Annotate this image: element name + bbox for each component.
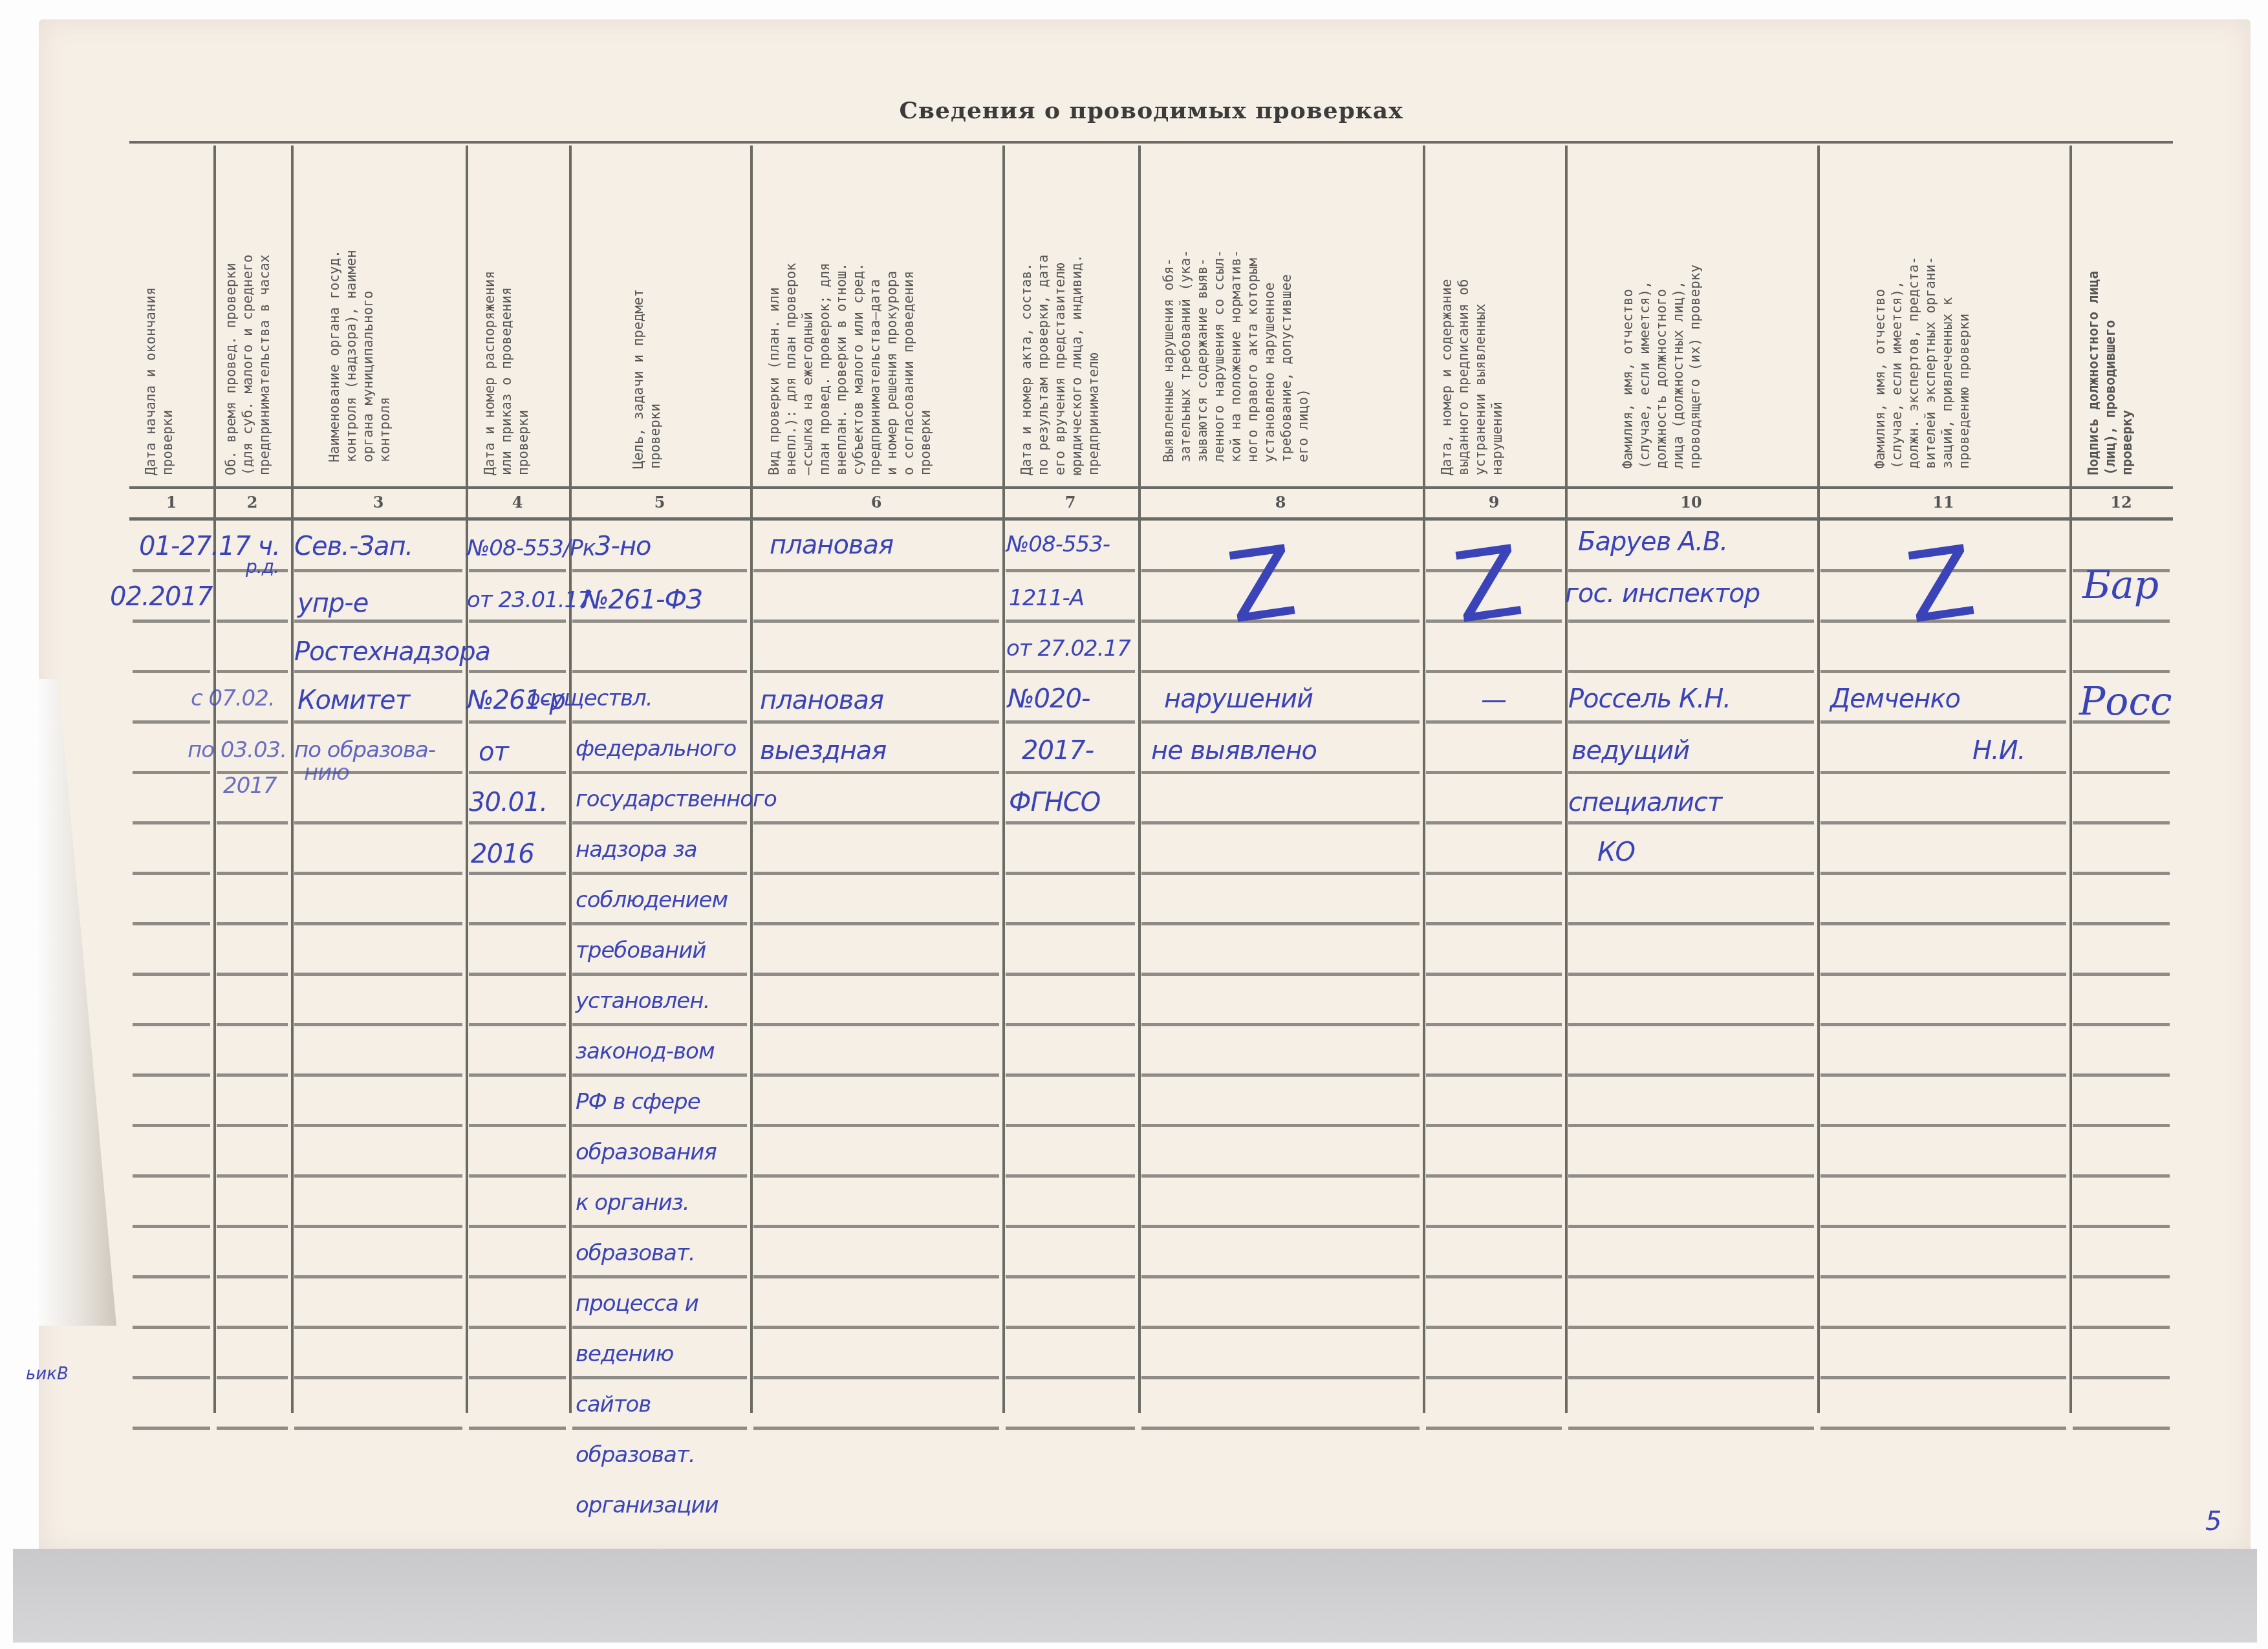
entry2-purpose-line: требований xyxy=(576,938,706,964)
writing-rule xyxy=(1006,1427,1135,1430)
entry2-purpose-line: образоват. xyxy=(576,1442,695,1468)
header-bottom-rule xyxy=(129,486,2173,489)
writing-rule xyxy=(469,973,566,976)
writing-rule xyxy=(1006,771,1135,774)
column-header-7: Дата и номер акта, состав. по результам … xyxy=(1005,145,1138,482)
writing-rule xyxy=(1568,1023,1814,1026)
writing-rule xyxy=(1426,1023,1562,1026)
writing-rule xyxy=(2073,872,2170,875)
writing-rule xyxy=(572,620,747,623)
writing-rule xyxy=(217,1427,288,1430)
writing-rule xyxy=(753,720,999,724)
entry1-violations-dash-mark: Z xyxy=(1222,533,1302,638)
writing-rule xyxy=(217,1376,288,1379)
entry2-inspection-type-line1: плановая xyxy=(760,685,883,715)
writing-rule xyxy=(753,1225,999,1228)
writing-rule xyxy=(217,670,288,673)
entry2-dates-line1: с 07.02. xyxy=(191,685,275,711)
writing-rule xyxy=(217,1023,288,1026)
writing-rule xyxy=(2073,1275,2170,1278)
writing-rule xyxy=(572,720,747,724)
writing-rule xyxy=(1568,670,1814,673)
writing-rule xyxy=(294,1023,462,1026)
entry2-dates-line2: по 03.03. xyxy=(188,737,286,763)
column-number: 1 xyxy=(129,493,213,516)
column-header-9: Дата, номер и содержание выданного предп… xyxy=(1425,145,1565,482)
writing-rule xyxy=(572,1124,747,1127)
writing-rule xyxy=(1820,1023,2066,1026)
entry2-signature: Росс xyxy=(2079,679,2172,724)
writing-rule xyxy=(1426,1124,1562,1127)
writing-rule xyxy=(572,821,747,824)
writing-rule xyxy=(1006,1023,1135,1026)
writing-rule xyxy=(572,872,747,875)
writing-rule xyxy=(469,620,566,623)
writing-rule xyxy=(1426,1376,1562,1379)
writing-rule xyxy=(753,1023,999,1026)
writing-rule xyxy=(572,1376,747,1379)
writing-rule xyxy=(1820,1073,2066,1077)
table-top-rule xyxy=(129,141,2173,144)
writing-rule xyxy=(294,670,462,673)
writing-rule xyxy=(1141,1376,1420,1379)
entry1-order-date: от 23.01.17 xyxy=(467,587,591,613)
writing-rule xyxy=(1820,872,2066,875)
writing-rule xyxy=(469,922,566,925)
writing-rule xyxy=(1568,620,1814,623)
entry2-purpose-line: РФ в сфере xyxy=(576,1089,700,1115)
writing-rule xyxy=(1006,1124,1135,1127)
writing-rule xyxy=(294,821,462,824)
writing-rule xyxy=(1426,1275,1562,1278)
writing-rule xyxy=(133,973,210,976)
entry2-purpose-line: надзора за xyxy=(576,837,697,863)
entry2-purpose-line: осуществл. xyxy=(527,685,653,711)
writing-rule xyxy=(1006,922,1135,925)
writing-rule xyxy=(1141,670,1420,673)
writing-rule xyxy=(1006,973,1135,976)
writing-rule xyxy=(469,1174,566,1178)
writing-rule xyxy=(1426,973,1562,976)
column-header-3: Наименование органа госуд. контроля (над… xyxy=(294,145,466,482)
writing-rule xyxy=(572,569,747,572)
writing-rule xyxy=(1141,973,1420,976)
entry2-purpose-line: соблюдением xyxy=(576,887,728,913)
writing-rule xyxy=(1141,1225,1420,1228)
writing-rule xyxy=(469,1376,566,1379)
writing-rule xyxy=(1568,1376,1814,1379)
entry1-inspection-type: плановая xyxy=(770,530,893,560)
writing-rule xyxy=(753,569,999,572)
entry2-expert-initials: Н.И. xyxy=(1972,736,2025,766)
writing-rule xyxy=(294,922,462,925)
writing-rule xyxy=(217,872,288,875)
writing-rule xyxy=(1568,1174,1814,1178)
writing-rule xyxy=(1006,1174,1135,1178)
writing-rule xyxy=(2073,973,2170,976)
writing-rule xyxy=(753,821,999,824)
entry1-authority-line2: упр-е xyxy=(297,588,368,618)
writing-rule xyxy=(1006,670,1135,673)
writing-rule xyxy=(1820,670,2066,673)
column-number: 2 xyxy=(213,493,291,516)
writing-rule xyxy=(133,1073,210,1077)
writing-rule xyxy=(1568,720,1814,724)
writing-rule xyxy=(469,569,566,572)
writing-rule xyxy=(133,1326,210,1329)
writing-rule xyxy=(1006,872,1135,875)
writing-rule xyxy=(1568,1275,1814,1278)
writing-rule xyxy=(572,1023,747,1026)
writing-rule xyxy=(217,720,288,724)
writing-rule xyxy=(217,821,288,824)
entry2-order-from: от xyxy=(479,737,508,767)
entry2-dates-line3: 2017 xyxy=(223,773,277,799)
writing-rule xyxy=(1141,872,1420,875)
writing-rule xyxy=(1141,922,1420,925)
writing-rule xyxy=(469,821,566,824)
writing-rule xyxy=(1820,1225,2066,1228)
writing-rule xyxy=(1568,821,1814,824)
entry2-purpose-line: образования xyxy=(576,1139,717,1165)
writing-rule xyxy=(2073,771,2170,774)
writing-rule xyxy=(133,821,210,824)
entry2-act-line1: №020- xyxy=(1008,684,1090,714)
writing-rule xyxy=(294,1427,462,1430)
entry1-act-line2: 1211-А xyxy=(1009,585,1084,611)
writing-rule xyxy=(469,771,566,774)
entry2-inspection-type-line2: выездная xyxy=(760,736,886,766)
writing-rule xyxy=(133,1225,210,1228)
entry2-purpose-line: к организ. xyxy=(576,1190,689,1216)
entry2-purpose-line: организации xyxy=(576,1493,718,1518)
entry1-authority-line1: Сев.-Зап. xyxy=(294,532,413,561)
writing-rule xyxy=(1820,1427,2066,1430)
writing-rule xyxy=(753,1174,999,1178)
entry1-prescription-dash-mark: Z xyxy=(1449,533,1528,638)
writing-rule xyxy=(294,1326,462,1329)
writing-rule xyxy=(1006,1275,1135,1278)
writing-rule xyxy=(133,1376,210,1379)
writing-rule xyxy=(469,720,566,724)
writing-rule xyxy=(217,1073,288,1077)
writing-rule xyxy=(469,1023,566,1026)
writing-rule xyxy=(753,1326,999,1329)
column-number: 6 xyxy=(750,493,1002,516)
column-header-11: Фамилия, имя, отчество (случае, если име… xyxy=(1820,145,2069,482)
writing-rule xyxy=(1141,1427,1420,1430)
writing-rule xyxy=(1426,872,1562,875)
column-number: 4 xyxy=(466,493,569,516)
writing-rule xyxy=(1820,1124,2066,1127)
entry2-purpose-line: законод-вом xyxy=(576,1039,715,1064)
writing-rule xyxy=(469,872,566,875)
page-title: Сведения о проводимых проверках xyxy=(892,97,1410,124)
writing-rule xyxy=(1141,1326,1420,1329)
writing-rule xyxy=(2073,1124,2170,1127)
writing-rule xyxy=(1141,1124,1420,1127)
entry2-purpose-line: процесса и xyxy=(576,1291,698,1317)
writing-rule xyxy=(217,1275,288,1278)
writing-rule xyxy=(1006,1225,1135,1228)
entry2-inspector-position-line1: ведущий xyxy=(1571,736,1689,766)
writing-rule xyxy=(133,1275,210,1278)
writing-rule xyxy=(1820,1326,2066,1329)
writing-rule xyxy=(1568,1124,1814,1127)
entry2-inspector-position-line2: специалист xyxy=(1568,788,1722,817)
writing-rule xyxy=(753,620,999,623)
writing-rule xyxy=(294,1124,462,1127)
writing-rule xyxy=(133,1427,210,1430)
column-header-5: Цель, задачи и предмет проверки xyxy=(572,145,750,482)
writing-rule xyxy=(1820,973,2066,976)
column-number: 11 xyxy=(1817,493,2069,516)
writing-rule xyxy=(469,1275,566,1278)
column-number: 12 xyxy=(2069,493,2173,516)
writing-rule xyxy=(133,1023,210,1026)
writing-rule xyxy=(1820,1275,2066,1278)
writing-rule xyxy=(469,1073,566,1077)
writing-rule xyxy=(133,720,210,724)
writing-rule xyxy=(217,1225,288,1228)
writing-rule xyxy=(1568,872,1814,875)
column-number: 9 xyxy=(1423,493,1565,516)
writing-rule xyxy=(2073,821,2170,824)
entry2-prescription: — xyxy=(1481,685,1506,715)
entry1-act-line1: №08-553- xyxy=(1006,532,1110,557)
writing-rule xyxy=(294,1376,462,1379)
entry2-purpose-line: федерального xyxy=(576,736,736,762)
writing-rule xyxy=(1006,821,1135,824)
writing-rule xyxy=(294,973,462,976)
margin-handwritten-note: ьикВ xyxy=(26,1364,69,1384)
writing-rule xyxy=(572,1073,747,1077)
writing-rule xyxy=(294,720,462,724)
entry2-purpose-line: образоват. xyxy=(576,1240,695,1266)
writing-rule xyxy=(1426,922,1562,925)
writing-rule xyxy=(469,1225,566,1228)
entry1-inspector-position: гос. инспектор xyxy=(1565,579,1760,609)
writing-rule xyxy=(1820,1174,2066,1178)
writing-rule xyxy=(133,922,210,925)
writing-rule xyxy=(2073,922,2170,925)
writing-rule xyxy=(572,670,747,673)
writing-rule xyxy=(294,620,462,623)
writing-rule xyxy=(753,922,999,925)
entry1-duration-unit: р.д. xyxy=(246,556,279,577)
writing-rule xyxy=(1141,1174,1420,1178)
writing-rule xyxy=(2073,1376,2170,1379)
writing-rule xyxy=(133,872,210,875)
writing-rule xyxy=(217,1174,288,1178)
writing-rule xyxy=(753,1073,999,1077)
writing-rule xyxy=(1006,1073,1135,1077)
writing-rule xyxy=(1141,720,1420,724)
writing-rule xyxy=(2073,670,2170,673)
writing-rule xyxy=(1568,771,1814,774)
column-number: 7 xyxy=(1002,493,1138,516)
writing-rule xyxy=(1426,720,1562,724)
writing-rule xyxy=(469,1427,566,1430)
writing-rule xyxy=(294,1073,462,1077)
entry2-purpose-line: сайтов xyxy=(576,1392,651,1417)
entry2-violations-line2: не выявлено xyxy=(1151,736,1317,766)
writing-rule xyxy=(133,620,210,623)
writing-rule xyxy=(1568,1073,1814,1077)
column-header-2: Об. время провед. проверки (для суб. мал… xyxy=(216,145,291,482)
writing-rule xyxy=(1426,1174,1562,1178)
writing-rule xyxy=(572,1326,747,1329)
writing-rule xyxy=(133,1174,210,1178)
writing-rule xyxy=(1426,771,1562,774)
writing-rule xyxy=(1141,1275,1420,1278)
writing-rule xyxy=(133,1124,210,1127)
writing-rule xyxy=(1006,720,1135,724)
writing-rule xyxy=(294,872,462,875)
writing-rule xyxy=(2073,620,2170,623)
writing-rule xyxy=(2073,1023,2170,1026)
entry1-purpose-line1: 3-но xyxy=(595,532,651,561)
writing-rule xyxy=(1006,620,1135,623)
writing-rule xyxy=(1568,569,1814,572)
entry2-authority-line1: Комитет xyxy=(297,685,409,715)
writing-rule xyxy=(753,771,999,774)
writing-rule xyxy=(1820,922,2066,925)
writing-rule xyxy=(217,620,288,623)
entry2-purpose-line: ведению xyxy=(576,1341,673,1367)
entry2-inspector-position-line3: КО xyxy=(1597,837,1635,867)
writing-rule xyxy=(1820,720,2066,724)
entry2-order-year: 2016 xyxy=(471,839,534,869)
entry2-purpose-line: государственного xyxy=(576,786,777,812)
writing-rule xyxy=(1568,922,1814,925)
writing-rule xyxy=(1006,569,1135,572)
entry2-violations-line1: нарушений xyxy=(1164,684,1313,714)
writing-rule xyxy=(572,922,747,925)
writing-rule xyxy=(1426,1073,1562,1077)
entry2-act-line2: 2017- xyxy=(1022,736,1094,766)
entry1-authority-line3: Ростехнадзора xyxy=(294,637,490,667)
entry1-act-line3: от 27.02.17 xyxy=(1006,636,1130,662)
column-header-4: Дата и номер распоряжения или приказ о п… xyxy=(468,145,569,482)
entry1-order-number: №08-553/Рк xyxy=(467,535,595,561)
column-header-10: Фамилия, имя, отчество (случае, если име… xyxy=(1568,145,1817,482)
writing-rule xyxy=(133,569,210,572)
writing-rule xyxy=(217,922,288,925)
writing-rule xyxy=(1820,771,2066,774)
writing-rule xyxy=(133,670,210,673)
writing-rule xyxy=(294,1174,462,1178)
writing-rule xyxy=(572,1225,747,1228)
writing-rule xyxy=(1426,1225,1562,1228)
writing-rule xyxy=(753,1124,999,1127)
writing-rule xyxy=(217,1124,288,1127)
entry1-experts-dash-mark: Z xyxy=(1901,533,1981,638)
entry2-authority-line3: нию xyxy=(304,760,349,786)
column-header-1: Дата начала и окончания проверки xyxy=(129,145,213,482)
writing-rule xyxy=(753,1275,999,1278)
writing-rule xyxy=(294,569,462,572)
writing-rule xyxy=(572,1427,747,1430)
writing-rule xyxy=(572,771,747,774)
writing-rule xyxy=(753,872,999,875)
entry2-purpose-line: установлен. xyxy=(576,988,709,1014)
entry1-dates-line2: 02.2017 xyxy=(110,582,212,612)
writing-rule xyxy=(1568,1326,1814,1329)
writing-rule xyxy=(1141,771,1420,774)
writing-rule xyxy=(1141,821,1420,824)
entry2-inspector-name: Россель К.Н. xyxy=(1568,684,1731,714)
writing-rule xyxy=(1568,973,1814,976)
page-number: 5 xyxy=(2205,1507,2221,1536)
writing-rule xyxy=(753,1427,999,1430)
writing-rule xyxy=(217,1326,288,1329)
entry2-act-line3: ФГНСО xyxy=(1009,788,1100,817)
writing-rule xyxy=(1006,1326,1135,1329)
writing-rule xyxy=(2073,1326,2170,1329)
writing-rule xyxy=(217,973,288,976)
scanner-bed xyxy=(13,1549,2257,1643)
writing-rule xyxy=(1426,1326,1562,1329)
entry1-inspector-name: Баруев А.В. xyxy=(1578,527,1727,557)
writing-rule xyxy=(469,670,566,673)
entry1-purpose-line2: №261-ФЗ xyxy=(582,585,702,615)
writing-rule xyxy=(1141,1073,1420,1077)
writing-rule xyxy=(572,1275,747,1278)
writing-rule xyxy=(1141,1023,1420,1026)
column-number: 10 xyxy=(1565,493,1817,516)
writing-rule xyxy=(294,1225,462,1228)
writing-rule xyxy=(469,1326,566,1329)
writing-rule xyxy=(1426,670,1562,673)
entry1-signature: Бар xyxy=(2082,563,2159,608)
writing-rule xyxy=(133,771,210,774)
writing-rule xyxy=(1426,1427,1562,1430)
column-number: 5 xyxy=(569,493,750,516)
column-header-6: Вид проверки (план. или внепл.): для пла… xyxy=(753,145,1002,482)
writing-rule xyxy=(1820,821,2066,824)
writing-rule xyxy=(2073,1073,2170,1077)
writing-rule xyxy=(572,1174,747,1178)
writing-rule xyxy=(469,1124,566,1127)
column-header-12: Подпись должностного лица (лиц), проводи… xyxy=(2072,145,2173,482)
writing-rule xyxy=(294,1275,462,1278)
writing-rule xyxy=(1426,821,1562,824)
writing-rule xyxy=(2073,1427,2170,1430)
entry2-expert-name: Демченко xyxy=(1830,684,1960,714)
writing-rule xyxy=(2073,1174,2170,1178)
writing-rule xyxy=(1006,1376,1135,1379)
column-number: 3 xyxy=(291,493,466,516)
writing-rule xyxy=(2073,1225,2170,1228)
writing-rule xyxy=(1568,1427,1814,1430)
writing-rule xyxy=(753,670,999,673)
entry2-order-date: 30.01. xyxy=(469,788,547,817)
writing-rule xyxy=(753,973,999,976)
entry1-dates-line1: 01-27. xyxy=(139,532,219,561)
writing-rule xyxy=(572,973,747,976)
writing-rule xyxy=(753,1376,999,1379)
number-row-rule xyxy=(129,517,2173,521)
entry2-authority-line2: по образова- xyxy=(294,737,435,763)
column-header-8: Выявленные нарушения обя- зательных треб… xyxy=(1141,145,1423,482)
column-number: 8 xyxy=(1138,493,1423,516)
writing-rule xyxy=(1820,1376,2066,1379)
writing-rule xyxy=(1568,1225,1814,1228)
